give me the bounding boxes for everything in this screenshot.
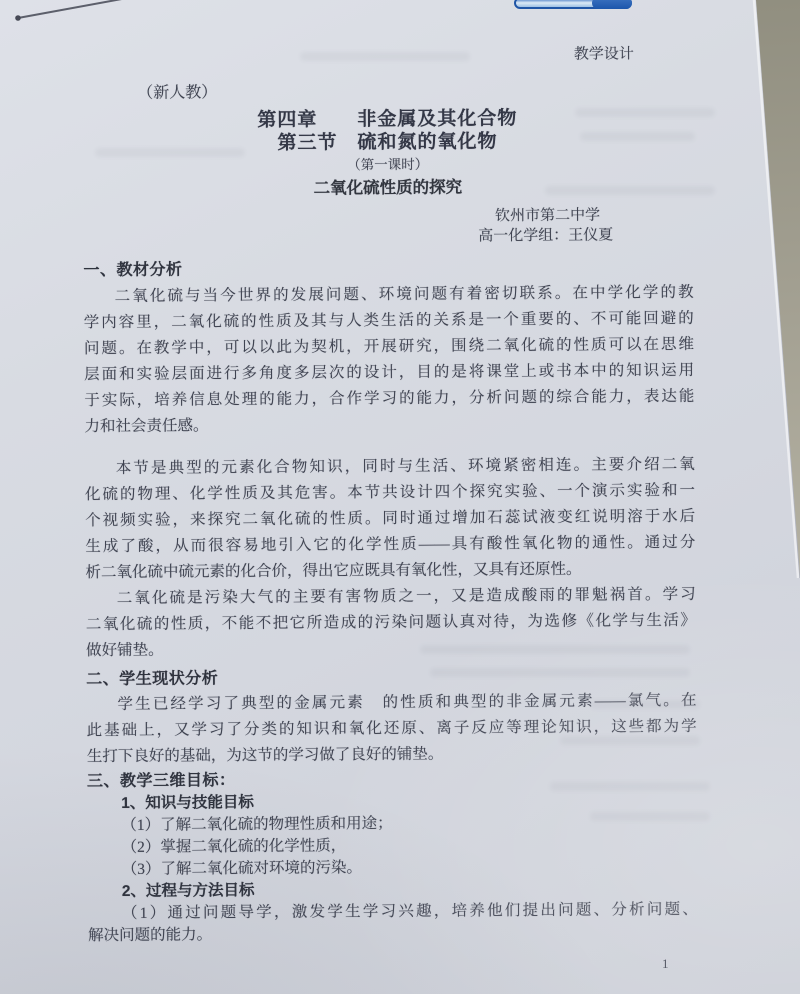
lesson-topic: 二氧化硫性质的探究	[83, 175, 693, 201]
paragraph: 二氧化硫与当今世界的发展问题、环境问题有着密切联系。在中学化学的教 学内容里，二…	[84, 280, 695, 440]
edition-label: （新人教）	[82, 79, 692, 105]
paper-page: 教学设计 （新人教） 第四章 非金属及其化合物 第三节 硫和氮的氧化物 （第一课…	[0, 0, 800, 994]
paragraph: 二氧化硫是污染大气的主要有害物质之一，又是造成酸雨的罪魁祸首。学习 二氧化硫的性…	[86, 582, 697, 664]
document-photo: 教学设计 （新人教） 第四章 非金属及其化合物 第三节 硫和氮的氧化物 （第一课…	[0, 0, 800, 994]
document-content: 教学设计 （新人教） 第四章 非金属及其化合物 第三节 硫和氮的氧化物 （第一课…	[0, 0, 800, 994]
pen-icon	[514, 0, 632, 9]
lesson-period: （第一课时）	[83, 154, 693, 176]
pencil-tip-icon	[0, 0, 170, 34]
school-name: 钦州市第二中学	[478, 205, 693, 227]
author-name: 高一化学组：王仪夏	[478, 225, 693, 247]
goal-item: （1）通过问题导学，激发学生学习兴趣，培养他们提出问题、分析问题、	[88, 899, 698, 925]
section-title: 第三节 硫和氮的氧化物	[82, 129, 692, 156]
paragraph: 学生已经学习了典型的金属元素 的性质和典型的非金属元素——氯气。在 此基础上，又…	[86, 688, 697, 770]
header-label: 教学设计	[82, 44, 692, 68]
goal-item: 解决问题的能力。	[88, 921, 698, 947]
text-line: 二氧化硫的性质，不能不把它所造成的污染问题认真对待，为选修《化学与生活》	[86, 608, 696, 638]
text-line: 于实际，培养信息处理的能力，合作学习的能力，分析问题的综合能力，表达能	[84, 384, 694, 414]
pen-cap-icon	[592, 0, 632, 9]
text-line: 力和社会责任感。	[84, 410, 694, 440]
section-heading-material-analysis: 一、教材分析	[83, 255, 693, 283]
page-number: 1	[662, 956, 669, 972]
paragraph: 本节是典型的元素化合物知识，同时与生活、环境紧密相连。主要介绍二氧 化硫的物理、…	[85, 452, 696, 586]
text-line: 生成了酸，从而很容易地引入它的化学性质——具有酸性氧化物的通性。通过分	[85, 530, 695, 560]
text-line: 此基础上，又学习了分类的知识和氧化还原、离子反应等理论知识，这些都为学	[87, 714, 697, 744]
byline: 钦州市第二中学 高一化学组：王仪夏	[478, 205, 693, 246]
goals-list: 1、知识与技能目标 （1）了解二氧化硫的物理性质和用途； （2）掌握二氧化硫的化…	[87, 789, 698, 947]
text-line: 做好铺垫。	[86, 634, 696, 664]
